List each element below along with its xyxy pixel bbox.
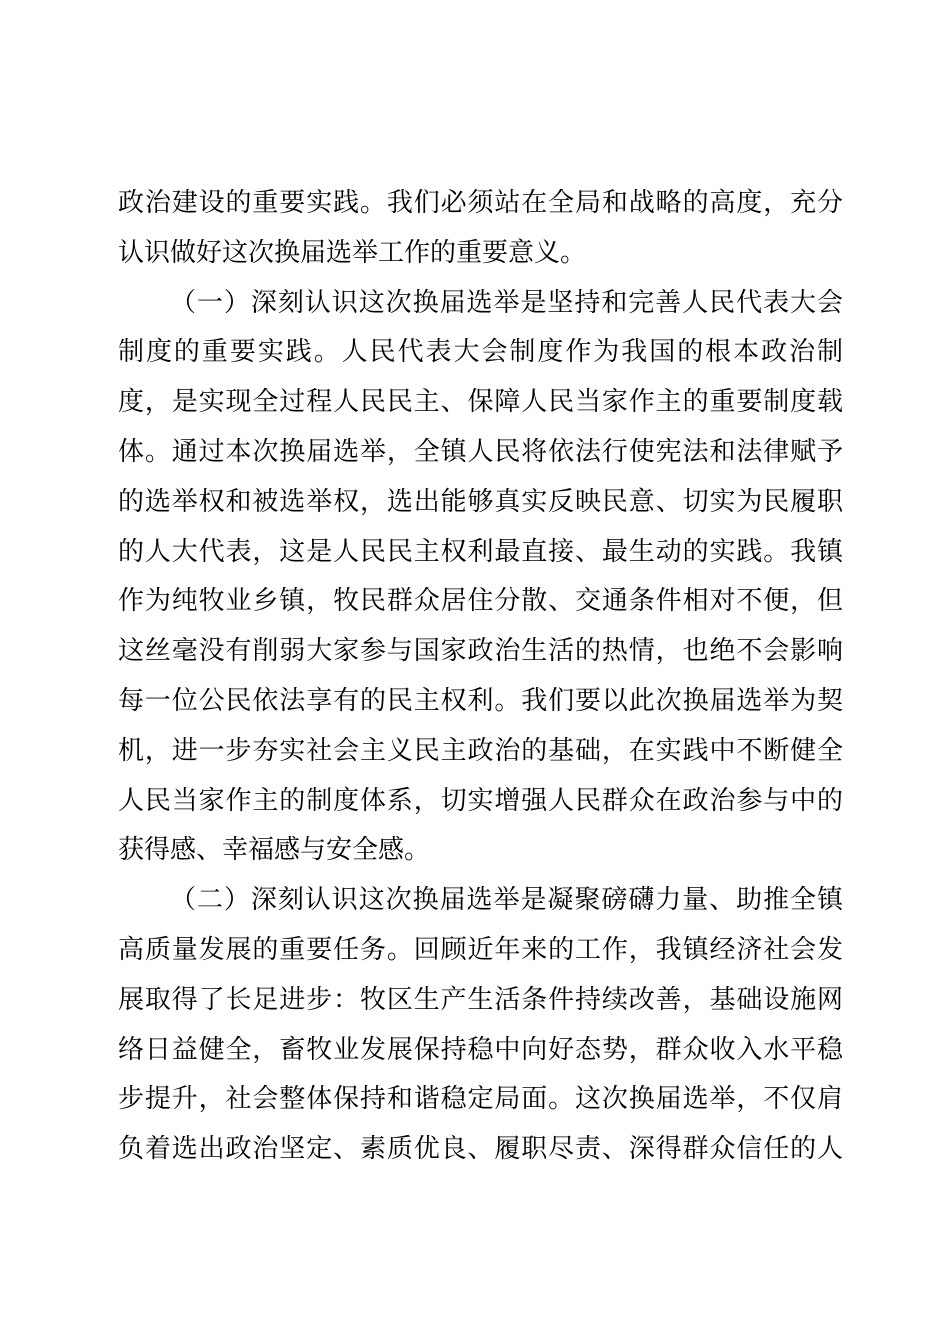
text-line: 负着选出政治坚定、素质优良、履职尽责、深得群众信任的人 <box>118 1124 843 1174</box>
text-line: 获得感、幸福感与安全感。 <box>118 825 843 875</box>
text-line: 这丝毫没有削弱大家参与国家政治生活的热情，也绝不会影响 <box>118 626 843 676</box>
text-line: 的选举权和被选举权，选出能够真实反映民意、切实为民履职 <box>118 477 843 527</box>
text-line: 度，是实现全过程人民民主、保障人民当家作主的重要制度载 <box>118 377 843 427</box>
text-line: 作为纯牧业乡镇，牧民群众居住分散、交通条件相对不便，但 <box>118 576 843 626</box>
text-line: 的人大代表，这是人民民主权利最直接、最生动的实践。我镇 <box>118 527 843 577</box>
text-line: 人民当家作主的制度体系，切实增强人民群众在政治参与中的 <box>118 776 843 826</box>
text-line: 制度的重要实践。人民代表大会制度作为我国的根本政治制 <box>118 327 843 377</box>
document-page: 政治建设的重要实践。我们必须站在全局和战略的高度，充分认识做好这次换届选举工作的… <box>0 0 950 1344</box>
text-line: 体。通过本次换届选举，全镇人民将依法行使宪法和法律赋予 <box>118 427 843 477</box>
paragraph-point-two: （二）深刻认识这次换届选举是凝聚磅礴力量、助推全镇高质量发展的重要任务。回顾近年… <box>118 875 843 1174</box>
text-line: 步提升，社会整体保持和谐稳定局面。这次换届选举，不仅肩 <box>118 1074 843 1124</box>
text-line: 机，进一步夯实社会主义民主政治的基础，在实践中不断健全 <box>118 726 843 776</box>
text-line: 认识做好这次换届选举工作的重要意义。 <box>118 228 843 278</box>
text-line: （二）深刻认识这次换届选举是凝聚磅礴力量、助推全镇 <box>118 875 843 925</box>
text-line: 展取得了长足进步：牧区生产生活条件持续改善，基础设施网 <box>118 975 843 1025</box>
document-body: 政治建设的重要实践。我们必须站在全局和战略的高度，充分认识做好这次换届选举工作的… <box>118 178 843 1174</box>
text-line: 每一位公民依法享有的民主权利。我们要以此次换届选举为契 <box>118 676 843 726</box>
text-line: 高质量发展的重要任务。回顾近年来的工作，我镇经济社会发 <box>118 925 843 975</box>
paragraph-continuation: 政治建设的重要实践。我们必须站在全局和战略的高度，充分认识做好这次换届选举工作的… <box>118 178 843 278</box>
text-line: 络日益健全，畜牧业发展保持稳中向好态势，群众收入水平稳 <box>118 1025 843 1075</box>
text-line: （一）深刻认识这次换届选举是坚持和完善人民代表大会 <box>118 278 843 328</box>
text-line: 政治建设的重要实践。我们必须站在全局和战略的高度，充分 <box>118 178 843 228</box>
paragraph-point-one: （一）深刻认识这次换届选举是坚持和完善人民代表大会制度的重要实践。人民代表大会制… <box>118 278 843 876</box>
